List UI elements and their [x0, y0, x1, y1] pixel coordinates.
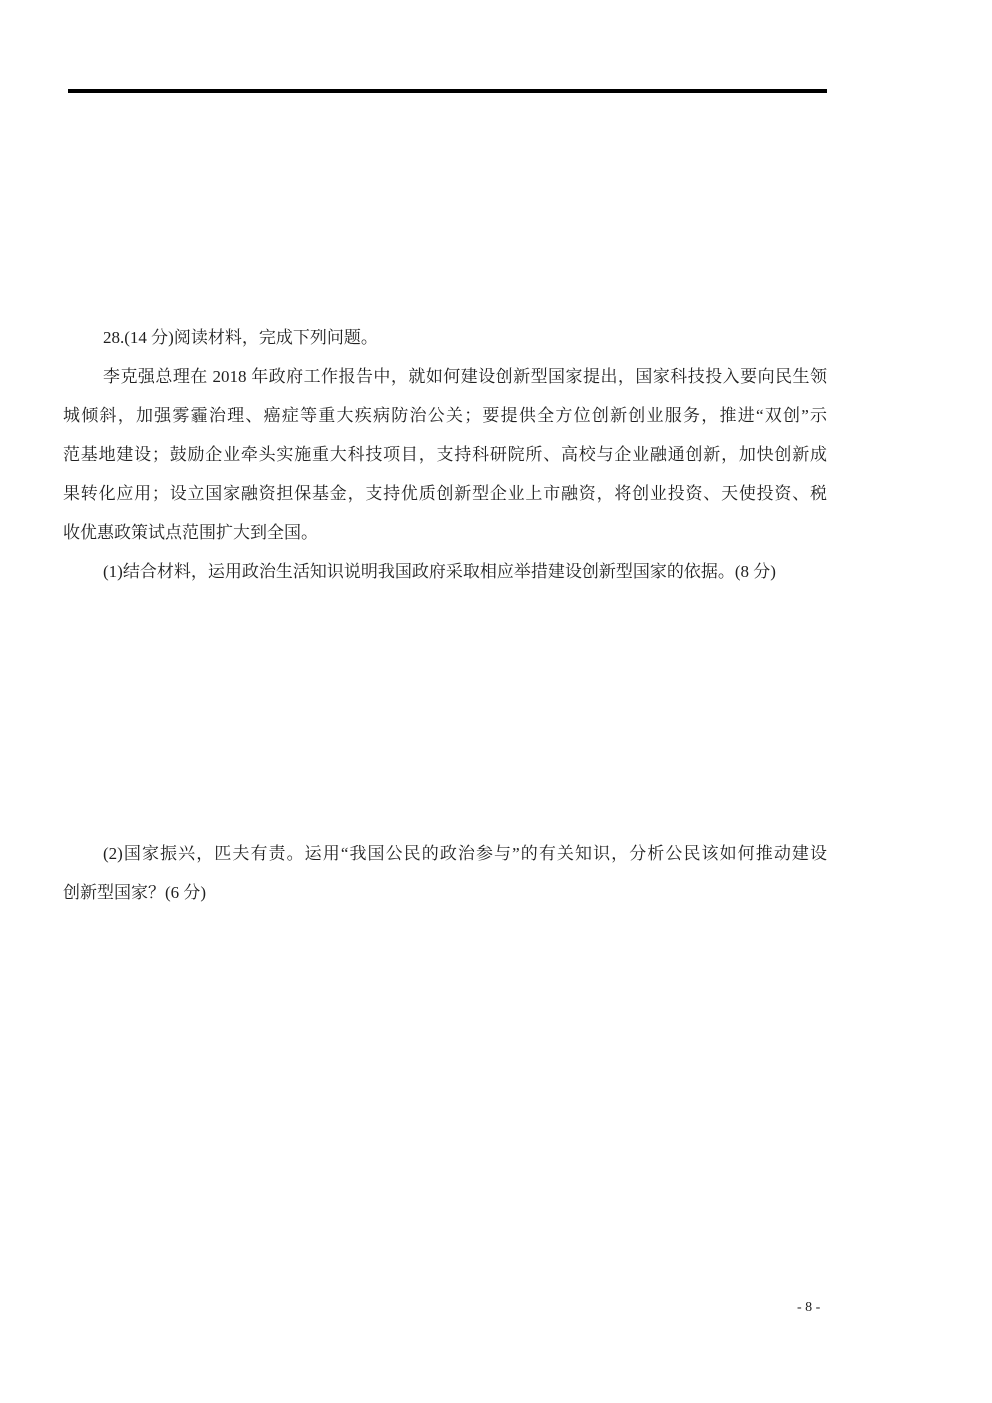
material-line: 范基地建设；鼓励企业牵头实施重大科技项目，支持科研院所、高校与企业融通创新，加快… — [63, 435, 827, 474]
material-line: 李克强总理在 2018 年政府工作报告中，就如何建设创新型国家提出，国家科技投入… — [63, 357, 827, 396]
material-line: 收优惠政策试点范围扩大到全国。 — [63, 513, 827, 552]
exam-document-page: 28.(14 分)阅读材料，完成下列问题。 李克强总理在 2018 年政府工作报… — [0, 0, 992, 1403]
material-line: 城倾斜，加强雾霾治理、癌症等重大疾病防治公关；要提供全方位创新创业服务，推进“双… — [63, 396, 827, 435]
question-28-heading: 28.(14 分)阅读材料，完成下列问题。 — [63, 318, 827, 357]
answer-space-1 — [63, 591, 827, 834]
question-28-block: 28.(14 分)阅读材料，完成下列问题。 李克强总理在 2018 年政府工作报… — [63, 318, 827, 912]
material-line: 果转化应用；设立国家融资担保基金，支持优质创新型企业上市融资，将创业投资、天使投… — [63, 474, 827, 513]
sub-question-2-line: 创新型国家？(6 分) — [63, 873, 827, 912]
page-number: - 8 - — [797, 1298, 857, 1318]
sub-question-2-line: (2)国家振兴，匹夫有责。运用“我国公民的政治参与”的有关知识，分析公民该如何推… — [63, 834, 827, 873]
sub-question-1: (1)结合材料，运用政治生活知识说明我国政府采取相应举措建设创新型国家的依据。(… — [63, 552, 827, 591]
header-rule — [68, 89, 827, 93]
